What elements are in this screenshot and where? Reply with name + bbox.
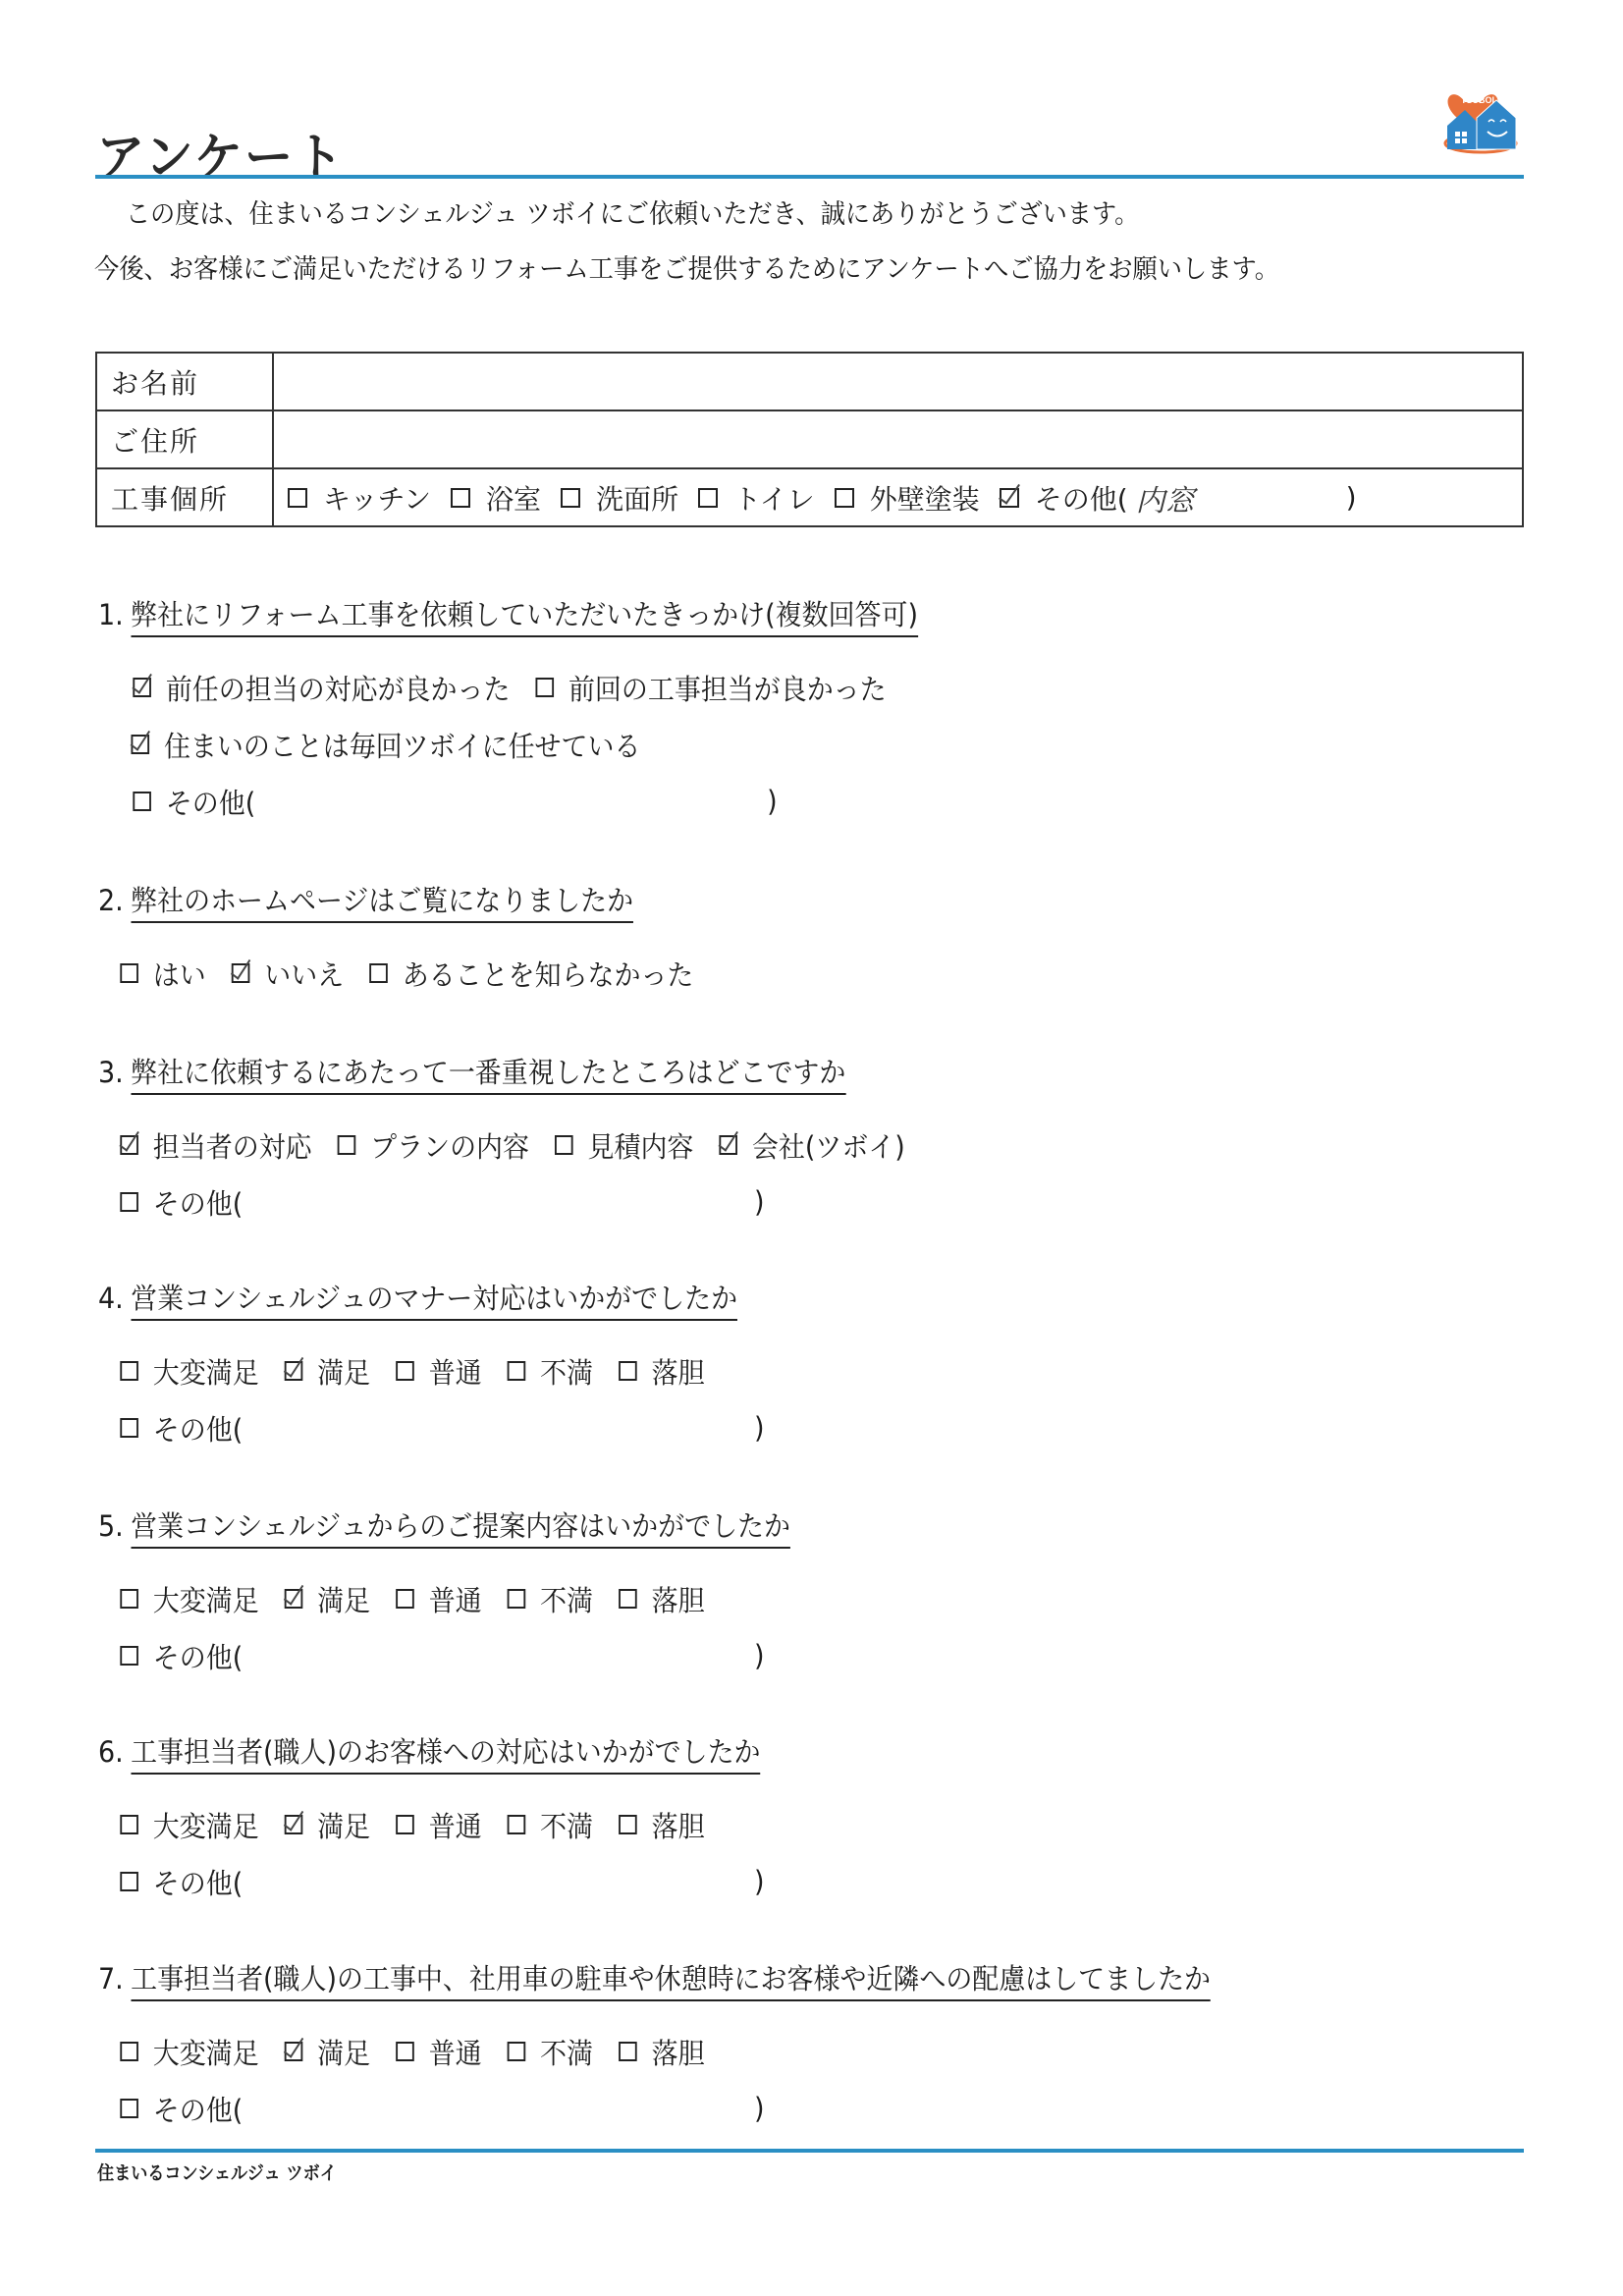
- option-label: 浴室: [486, 478, 541, 518]
- checkbox-icon[interactable]: [120, 2042, 138, 2061]
- option-label: その他(: [166, 782, 255, 822]
- option-label: 大変満足: [153, 1805, 259, 1845]
- q2-option-yes[interactable]: はい: [120, 954, 205, 994]
- question-3: 3.弊社に依頼するにあたって一番重視したところはどこですか 担当者の対応 プラン…: [98, 1051, 986, 1230]
- option-label: はい: [153, 954, 206, 994]
- option-label: その他(: [153, 1182, 243, 1223]
- paren-close: ): [754, 1865, 765, 1898]
- option-label: 普通: [429, 1805, 482, 1845]
- checkbox-icon[interactable]: [120, 1418, 138, 1438]
- checkbox-icon[interactable]: [619, 2042, 637, 2061]
- option-label: 大変満足: [153, 1579, 259, 1619]
- checkbox-checked-icon[interactable]: [232, 963, 250, 983]
- option-label: その他(: [153, 2089, 243, 2129]
- name-label: お名前: [96, 353, 273, 410]
- paren-close: ): [767, 785, 778, 818]
- option-label: 住まいのことは毎回ツボイに任せている: [164, 725, 640, 765]
- q1-option-always-tsuboi[interactable]: 住まいのことは毎回ツボイに任せている: [131, 725, 640, 765]
- option-label: 不満: [540, 1579, 593, 1619]
- option-label: 満足: [317, 2032, 370, 2072]
- location-option-other[interactable]: その他(: [1000, 478, 1128, 518]
- checkbox-icon[interactable]: [508, 1589, 526, 1609]
- checkbox-icon[interactable]: [555, 1135, 573, 1155]
- location-option-bathroom[interactable]: 浴室: [451, 478, 541, 518]
- checkbox-icon[interactable]: [133, 792, 151, 811]
- paren-close: ): [1346, 481, 1357, 514]
- option-label: 担当者の対応: [153, 1125, 312, 1166]
- option-label: 落胆: [652, 1805, 705, 1845]
- question-number: 6.: [98, 1735, 124, 1769]
- paren-close: ): [754, 1411, 765, 1445]
- option-label: プランの内容: [370, 1125, 529, 1166]
- q6-option-satisfied[interactable]: 満足: [285, 1805, 370, 1845]
- checkbox-icon[interactable]: [451, 488, 470, 508]
- option-label: 満足: [317, 1805, 370, 1845]
- q4-option-dissatisfied[interactable]: 不満: [508, 1351, 593, 1392]
- question-text: 営業コンシェルジュのマナー対応はいかがでしたか: [131, 1277, 737, 1321]
- question-number: 3.: [98, 1056, 124, 1089]
- checkbox-icon[interactable]: [369, 963, 388, 983]
- option-label: 落胆: [652, 2032, 705, 2072]
- question-number: 7.: [98, 1962, 124, 1995]
- paren-close: ): [754, 1185, 765, 1219]
- q5-option-average[interactable]: 普通: [396, 1579, 481, 1619]
- question-number: 4.: [98, 1282, 124, 1315]
- q4-option-satisfied[interactable]: 満足: [285, 1351, 370, 1392]
- q6-option-dissatisfied[interactable]: 不満: [508, 1805, 593, 1845]
- option-label: 普通: [429, 1351, 482, 1392]
- checkbox-icon[interactable]: [396, 2042, 414, 2061]
- q7-option-average[interactable]: 普通: [396, 2032, 481, 2072]
- q4-option-other[interactable]: その他(: [120, 1408, 243, 1449]
- location-other-field[interactable]: 内窓: [1136, 476, 1342, 519]
- q6-option-very-satisfied[interactable]: 大変満足: [120, 1805, 258, 1845]
- checkbox-checked-icon[interactable]: [719, 1135, 737, 1155]
- q3-option-other[interactable]: その他(: [120, 1182, 243, 1223]
- question-4: 4.営業コンシェルジュのマナー対応はいかがでしたか 大変満足 満足 普通 不満 …: [98, 1277, 815, 1456]
- option-label: 不満: [540, 1351, 593, 1392]
- q6-option-average[interactable]: 普通: [396, 1805, 481, 1845]
- option-label: その他(: [153, 1862, 243, 1902]
- header-divider: [95, 175, 1524, 179]
- option-label: 洗面所: [596, 478, 678, 518]
- checkbox-checked-icon[interactable]: [133, 678, 151, 697]
- option-label: 不満: [540, 1805, 593, 1845]
- q3-option-plan[interactable]: プランの内容: [338, 1125, 529, 1166]
- checkbox-icon[interactable]: [396, 1361, 414, 1381]
- q5-option-disappointed[interactable]: 落胆: [619, 1579, 704, 1619]
- q3-option-rep-response[interactable]: 担当者の対応: [120, 1125, 311, 1166]
- name-row: お名前: [96, 353, 1523, 410]
- option-label: その他(: [153, 1636, 243, 1676]
- option-label: 前回の工事担当が良かった: [568, 668, 887, 708]
- q5-option-other[interactable]: その他(: [120, 1636, 243, 1676]
- option-label: 大変満足: [153, 2032, 259, 2072]
- question-number: 5.: [98, 1509, 124, 1543]
- paren-close: ): [754, 1639, 765, 1672]
- checkbox-icon[interactable]: [508, 1815, 526, 1834]
- q7-option-satisfied[interactable]: 満足: [285, 2032, 370, 2072]
- option-label: 不満: [540, 2032, 593, 2072]
- q7-option-dissatisfied[interactable]: 不満: [508, 2032, 593, 2072]
- checkbox-checked-icon[interactable]: [285, 2042, 303, 2061]
- option-label: 見積内容: [588, 1125, 694, 1166]
- checkbox-checked-icon[interactable]: [120, 1135, 138, 1155]
- footer-divider: [95, 2149, 1524, 2153]
- question-7: 7.工事担当者(職人)の工事中、社用車の駐車や休憩時にお客様や近隣への配慮はして…: [98, 1957, 1294, 2137]
- q4-option-average[interactable]: 普通: [396, 1351, 481, 1392]
- address-field[interactable]: [273, 410, 1523, 468]
- checkbox-icon[interactable]: [396, 1815, 414, 1834]
- question-text: 弊社にリフォーム工事を依頼していただいたきっかけ(複数回答可): [131, 593, 918, 637]
- q7-option-very-satisfied[interactable]: 大変満足: [120, 2032, 258, 2072]
- option-label: 満足: [317, 1579, 370, 1619]
- option-label: 外壁塗装: [870, 478, 980, 518]
- q4-option-disappointed[interactable]: 落胆: [619, 1351, 704, 1392]
- paren-close: ): [754, 2092, 765, 2125]
- q1-option-previous-rep[interactable]: 前任の担当の対応が良かった: [133, 668, 510, 708]
- question-text: 工事担当者(職人)の工事中、社用車の駐車や休憩時にお客様や近隣への配慮はしてまし…: [131, 1957, 1211, 2001]
- checkbox-icon[interactable]: [619, 1361, 637, 1381]
- location-option-washroom[interactable]: 洗面所: [561, 478, 678, 518]
- footer-company-name: 住まいるコンシェルジュ ツボイ: [97, 2159, 337, 2185]
- checkbox-icon[interactable]: [120, 1192, 138, 1212]
- location-option-exterior-paint[interactable]: 外壁塗装: [835, 478, 980, 518]
- q7-option-disappointed[interactable]: 落胆: [619, 2032, 704, 2072]
- question-text: 工事担当者(職人)のお客様への対応はいかがでしたか: [131, 1730, 760, 1775]
- checkbox-icon[interactable]: [396, 1589, 414, 1609]
- question-number: 2.: [98, 884, 124, 917]
- name-field[interactable]: [273, 353, 1523, 410]
- option-label: 落胆: [652, 1579, 705, 1619]
- checkbox-icon[interactable]: [120, 2099, 138, 2118]
- option-label: 落胆: [652, 1351, 705, 1392]
- q6-option-disappointed[interactable]: 落胆: [619, 1805, 704, 1845]
- option-label: その他(: [153, 1408, 243, 1449]
- question-2: 2.弊社のホームページはご覧になりましたか はい いいえ あることを知らなかった: [98, 879, 758, 1002]
- checkbox-icon[interactable]: [835, 488, 854, 508]
- location-row: 工事個所 キッチン 浴室 洗面所 トイレ 外壁塗装 その他( 内窓 ): [96, 468, 1523, 526]
- address-row: ご住所: [96, 410, 1523, 468]
- q2-option-no[interactable]: いいえ: [232, 954, 344, 994]
- location-option-toilet[interactable]: トイレ: [698, 478, 815, 518]
- checkbox-icon[interactable]: [508, 2042, 526, 2061]
- checkbox-icon[interactable]: [698, 488, 718, 508]
- question-1: 1.弊社にリフォーム工事を依頼していただいたきっかけ(複数回答可) 前任の担当の…: [98, 593, 980, 830]
- location-label: 工事個所: [96, 468, 273, 526]
- q4-option-very-satisfied[interactable]: 大変満足: [120, 1351, 258, 1392]
- option-label: 普通: [429, 1579, 482, 1619]
- q5-option-very-satisfied[interactable]: 大変満足: [120, 1579, 258, 1619]
- q2-option-did-not-know[interactable]: あることを知らなかった: [369, 954, 693, 994]
- checkbox-icon[interactable]: [120, 1872, 138, 1891]
- checkbox-checked-icon[interactable]: [1000, 488, 1019, 508]
- intro-line-2: 今後、お客様にご満足いただけるリフォーム工事をご提供するためにアンケートへご協力…: [94, 247, 1279, 286]
- question-5: 5.営業コンシェルジュからのご提案内容はいかがでしたか 大変満足 満足 普通 不…: [98, 1504, 842, 1684]
- svg-text:TSUBOI: TSUBOI: [1461, 95, 1494, 105]
- question-text: 営業コンシェルジュからのご提案内容はいかがでしたか: [131, 1504, 790, 1549]
- checkbox-icon[interactable]: [508, 1361, 526, 1381]
- checkbox-checked-icon[interactable]: [285, 1361, 303, 1381]
- checkbox-icon[interactable]: [120, 963, 138, 983]
- q5-option-satisfied[interactable]: 満足: [285, 1579, 370, 1619]
- checkbox-icon[interactable]: [619, 1589, 637, 1609]
- checkbox-icon[interactable]: [288, 488, 307, 508]
- question-text: 弊社のホームページはご覧になりましたか: [131, 879, 633, 923]
- question-number: 1.: [98, 598, 124, 631]
- address-label: ご住所: [96, 410, 273, 468]
- checkbox-checked-icon[interactable]: [131, 735, 149, 754]
- q3-option-company[interactable]: 会社(ツボイ): [719, 1125, 904, 1166]
- option-label: 普通: [429, 2032, 482, 2072]
- q6-option-other[interactable]: その他(: [120, 1862, 243, 1902]
- tsuboi-logo-icon: TSUBOI: [1441, 82, 1520, 155]
- q5-option-dissatisfied[interactable]: 不満: [508, 1579, 593, 1619]
- q1-option-previous-construction[interactable]: 前回の工事担当が良かった: [535, 668, 886, 708]
- option-label: いいえ: [264, 954, 344, 994]
- option-label: トイレ: [733, 478, 815, 518]
- checkbox-checked-icon[interactable]: [285, 1589, 303, 1609]
- q7-option-other[interactable]: その他(: [120, 2089, 243, 2129]
- location-options: キッチン 浴室 洗面所 トイレ 外壁塗装 その他( 内窓 ): [273, 468, 1523, 526]
- option-label: 大変満足: [153, 1351, 259, 1392]
- option-label: 前任の担当の対応が良かった: [166, 668, 511, 708]
- checkbox-icon[interactable]: [338, 1135, 356, 1155]
- checkbox-icon[interactable]: [120, 1646, 138, 1666]
- option-label: 満足: [317, 1351, 370, 1392]
- checkbox-icon[interactable]: [120, 1361, 138, 1381]
- question-text: 弊社に依頼するにあたって一番重視したところはどこですか: [131, 1051, 845, 1095]
- q1-option-other[interactable]: その他(: [133, 782, 255, 822]
- option-label: その他(: [1035, 478, 1128, 518]
- checkbox-icon[interactable]: [561, 488, 580, 508]
- location-option-kitchen[interactable]: キッチン: [288, 478, 431, 518]
- option-label: キッチン: [323, 478, 431, 518]
- question-6: 6.工事担当者(職人)のお客様への対応はいかがでしたか 大変満足 満足 普通 不…: [98, 1730, 815, 1910]
- checkbox-icon[interactable]: [535, 678, 554, 697]
- customer-info-table: お名前 ご住所 工事個所 キッチン 浴室 洗面所 トイレ 外壁塗装 その他( 内…: [95, 352, 1524, 527]
- option-label: 会社(ツボイ): [752, 1125, 905, 1166]
- q3-option-estimate[interactable]: 見積内容: [555, 1125, 693, 1166]
- intro-line-1: この度は、住まいるコンシェルジュ ツボイにご依頼いただき、誠にありがとうございま…: [126, 192, 1139, 231]
- checkbox-icon[interactable]: [120, 1589, 138, 1609]
- checkbox-checked-icon[interactable]: [285, 1815, 303, 1834]
- checkbox-icon[interactable]: [120, 1815, 138, 1834]
- checkbox-icon[interactable]: [619, 1815, 637, 1834]
- option-label: あることを知らなかった: [403, 954, 694, 994]
